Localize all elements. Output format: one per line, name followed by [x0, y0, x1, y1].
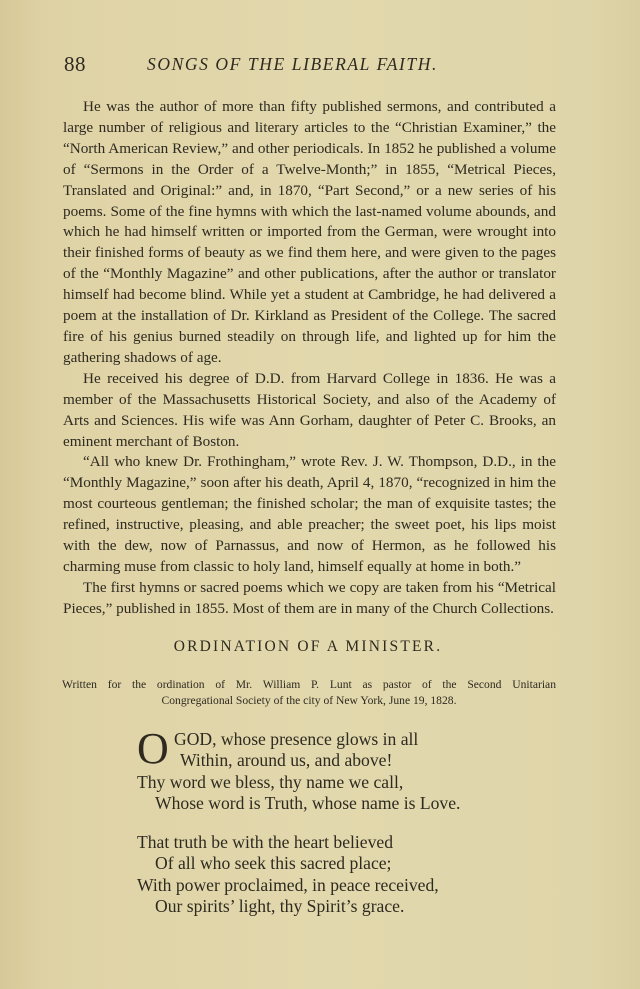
poem-headnote: Written for the ordination of Mr. Willia…	[62, 677, 556, 709]
drop-cap: O	[137, 727, 169, 771]
verse-line: Thy word we bless, thy name we call,	[137, 772, 460, 793]
verse-line: Whose word is Truth, whose name is Love.	[137, 793, 460, 814]
paragraph: He received his degree of D.D. from Harv…	[63, 369, 556, 453]
verse-line: That truth be with the heart believed	[137, 832, 439, 853]
headnote-line: Written for the ordination of Mr. Willia…	[62, 677, 556, 693]
running-title: SONGS OF THE LIBERAL FAITH.	[147, 54, 438, 75]
verse-line: With power proclaimed, in peace received…	[137, 875, 439, 896]
poem-title: ORDINATION OF A MINISTER.	[0, 638, 616, 656]
verse-line: O GOD, whose presence glows in all	[137, 729, 460, 750]
biography-text: He was the author of more than fifty pub…	[63, 97, 556, 620]
verse-line: Of all who seek this sacred place;	[137, 853, 439, 874]
verse-line: Our spirits’ light, thy Spirit’s grace.	[137, 896, 439, 917]
stanza: That truth be with the heart believed Of…	[137, 832, 439, 917]
stanza: O GOD, whose presence glows in all Withi…	[137, 729, 460, 814]
paragraph: He was the author of more than fifty pub…	[63, 97, 556, 369]
book-page: 88 SONGS OF THE LIBERAL FAITH. He was th…	[0, 0, 640, 989]
verse-text: GOD, whose presence glows in all	[137, 729, 418, 749]
verse-line: Within, around us, and above!	[137, 750, 460, 771]
running-head: 88 SONGS OF THE LIBERAL FAITH.	[64, 52, 544, 82]
headnote-line: Congregational Society of the city of Ne…	[62, 693, 556, 709]
page-number: 88	[64, 52, 86, 77]
paragraph: The first hymns or sacred poems which we…	[63, 578, 556, 620]
paragraph: “All who knew Dr. Frothingham,” wrote Re…	[63, 452, 556, 577]
